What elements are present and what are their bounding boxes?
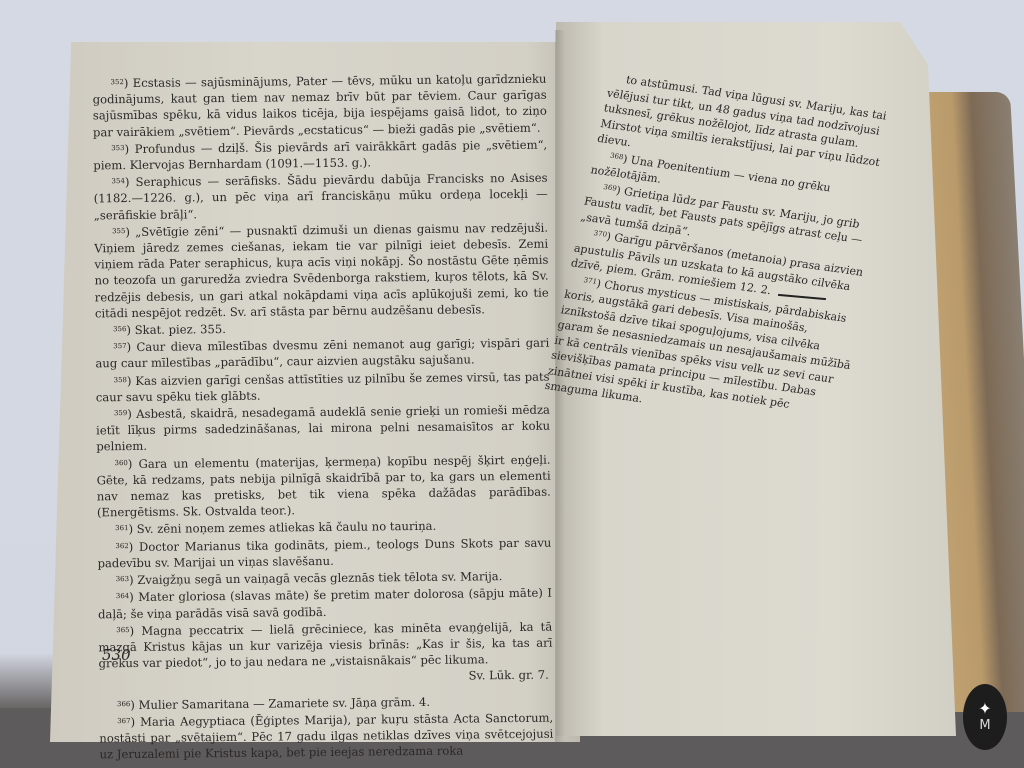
footnote: 353) Profundus — dziļš. Šis pievārds arī…: [93, 135, 547, 173]
watermark-letter: M: [979, 719, 990, 733]
left-page-footnotes: 352) Ecstasis — sajūsminājums, Pater — t…: [92, 70, 553, 763]
watermark-logo: ✦ M: [963, 684, 1007, 750]
footnote: 360) Gara un elementu (materijas, ķermeņ…: [96, 450, 551, 521]
page-number: 530: [102, 646, 131, 664]
footnote: 357) Caur dieva mīlestības dvesmu zēni n…: [95, 334, 549, 372]
footnote: 365) Magna peccatrix — lielā grēciniece,…: [98, 617, 553, 688]
footnote: 354) Seraphicus — serāfisks. Šādu pievār…: [93, 169, 547, 223]
footnote: 364) Mater gloriosa (slavas māte) še pre…: [98, 584, 552, 622]
diamond-flower-icon: ✦: [978, 701, 991, 717]
footnote: 355) „Svētīgie zēni“ — pusnaktī dzimuši …: [94, 218, 549, 321]
footnote: 367) Maria Aegyptiaca (Ēģiptes Marija), …: [99, 708, 553, 762]
footnote: 362) Doctor Marianus tika godināts, piem…: [97, 533, 551, 571]
footnote: 358) Kas aizvien garīgi cenšas attīstīti…: [96, 367, 550, 405]
footnote: 359) Asbestā, skaidrā, nesadegamā audekl…: [96, 401, 550, 455]
footnote: 352) Ecstasis — sajūsminājums, Pater — t…: [92, 70, 547, 141]
